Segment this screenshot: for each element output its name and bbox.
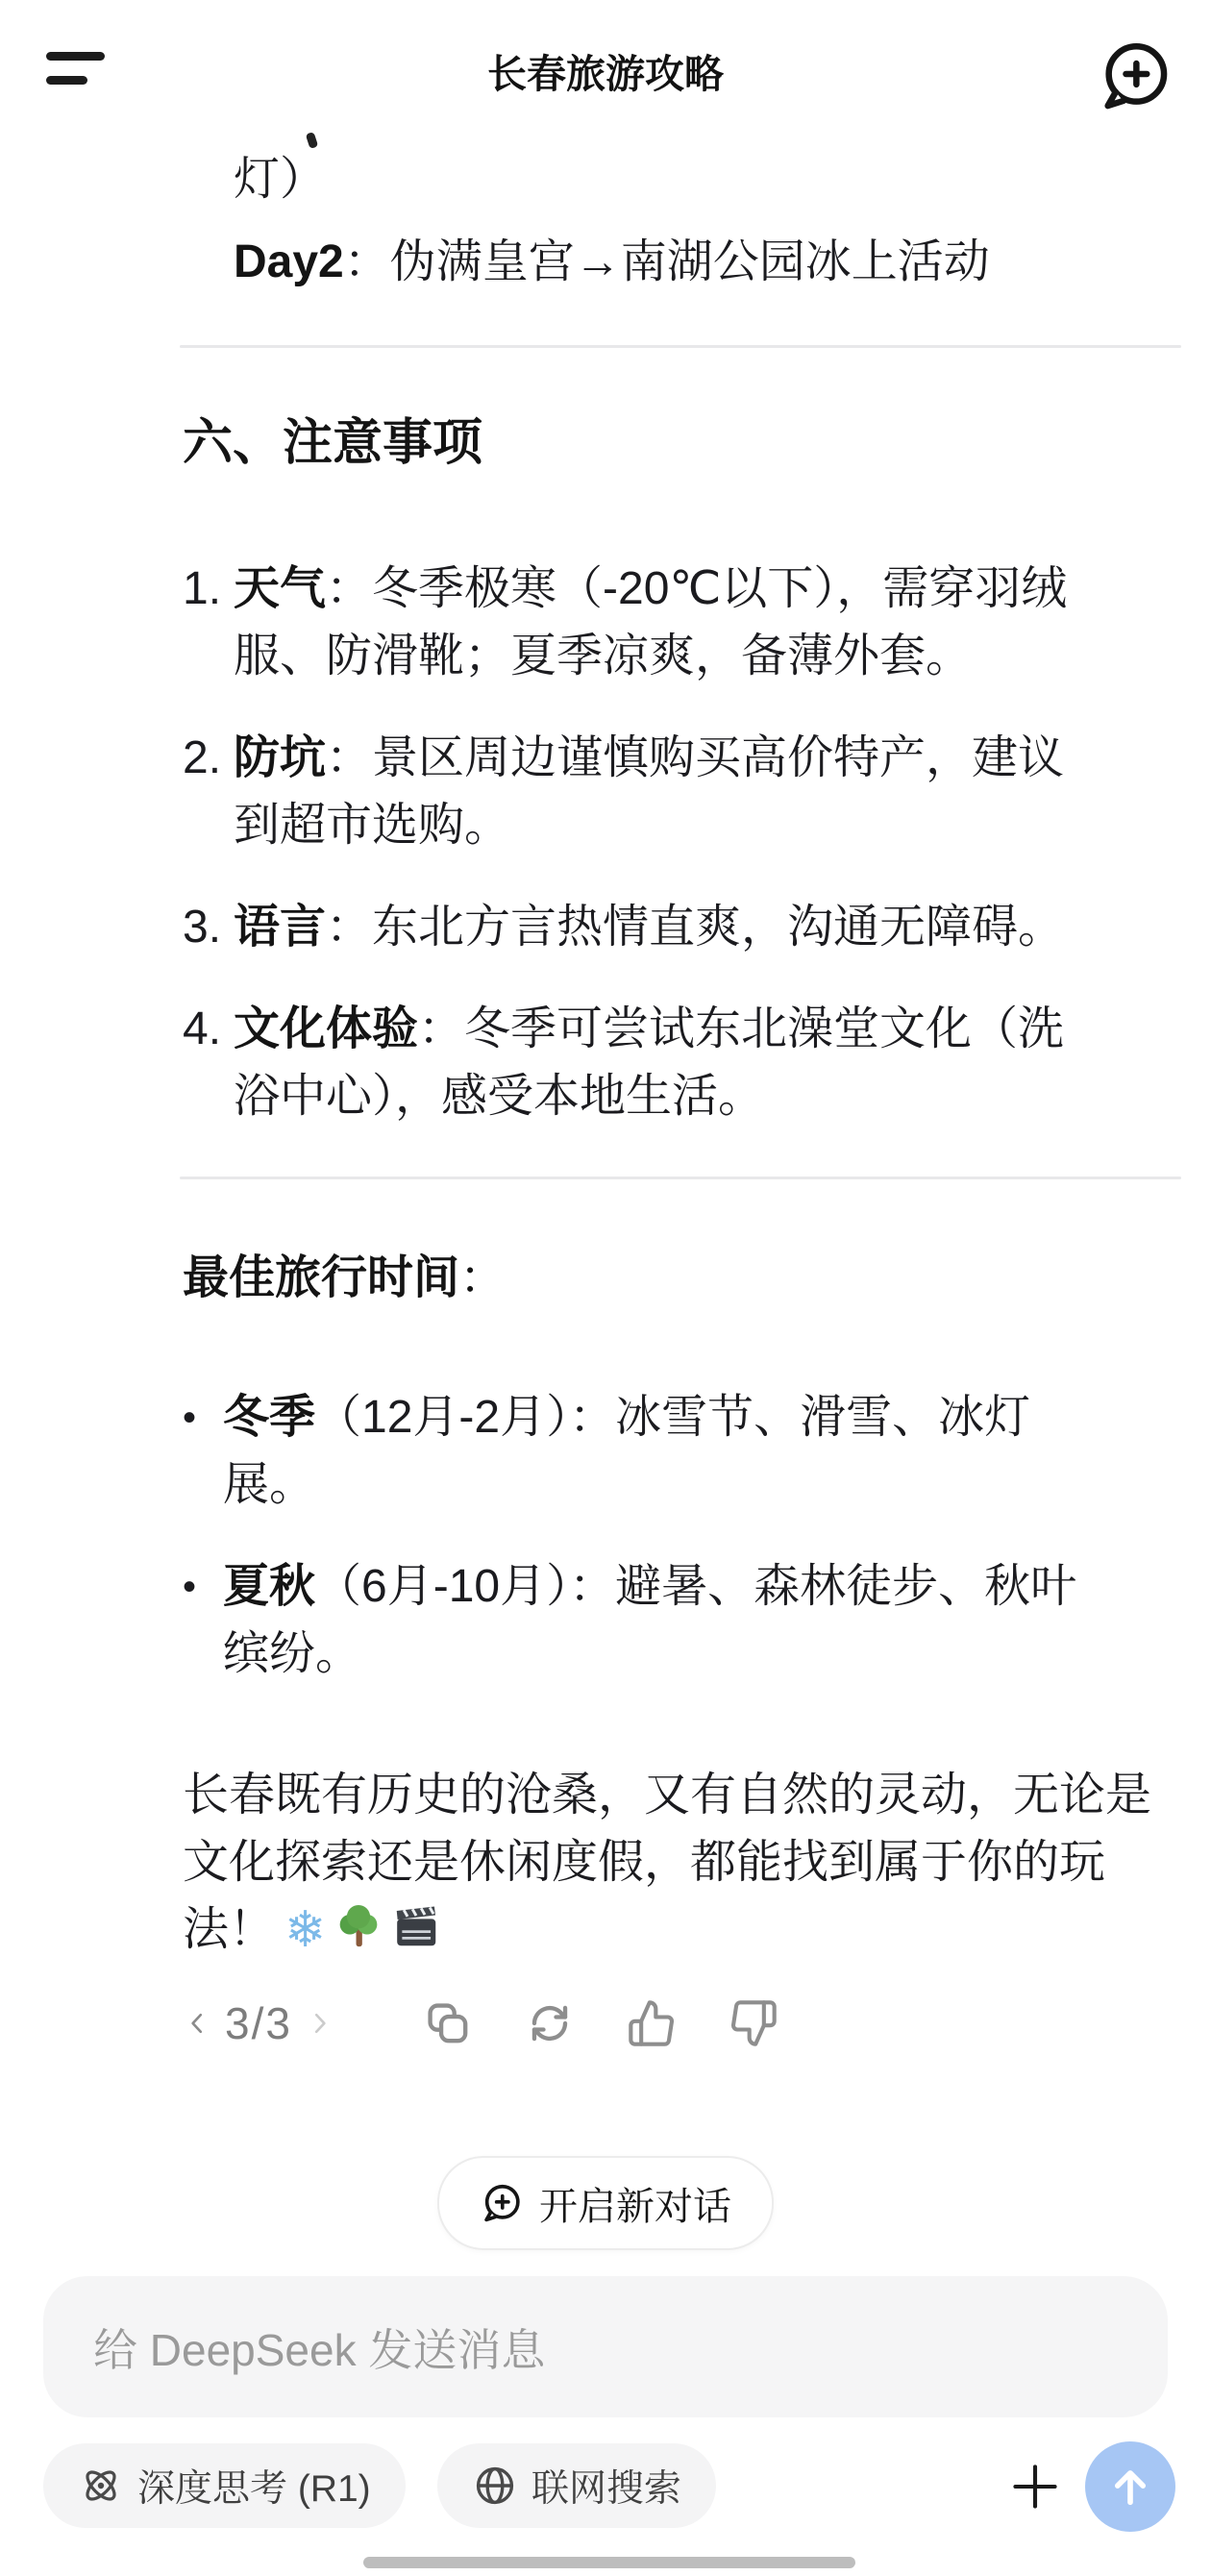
home-indicator[interactable] — [363, 2557, 855, 2568]
list-item: • 夏秋（6月-10月）：避暑、森林徒步、秋叶缤纷。 — [183, 1553, 1105, 1688]
send-button[interactable] — [1085, 2441, 1175, 2532]
list-item: 4. 文化体验：冬季可尝试东北澡堂文化（洗浴中心），感受本地生活。 — [183, 996, 1105, 1130]
snowflake-emoji: ❄ — [284, 1902, 327, 1958]
section-heading: 六、注意事项 — [183, 415, 482, 471]
deepseek-chat-screen: 长春旅游攻略 灯） Day2：伪满皇宫→南湖公园冰上活动 六、注意事项 1. 天… — [0, 0, 1211, 2576]
new-chat-button[interactable]: 开启新对话 — [437, 2156, 774, 2250]
clapperboard-emoji — [390, 1900, 442, 1952]
day2-label: Day2 — [234, 236, 344, 287]
list-item: 2. 防坑：景区周边谨慎购买高价特产，建议到超市选购。 — [183, 725, 1105, 859]
next-page-icon[interactable] — [306, 1999, 334, 2047]
thumbs-down-icon[interactable] — [729, 1998, 778, 2048]
plus-icon[interactable] — [1007, 2459, 1063, 2514]
section-divider — [180, 345, 1181, 348]
arrow-up-icon — [1105, 2462, 1155, 2512]
best-time-heading: 最佳旅行时间： — [183, 1245, 506, 1312]
thumbs-up-icon[interactable] — [627, 1998, 677, 2048]
globe-icon — [472, 2463, 518, 2509]
section-divider — [180, 1177, 1181, 1179]
message-actions: 3/3 — [183, 1996, 778, 2050]
tree-emoji — [333, 1900, 384, 1952]
bubble-plus-icon — [480, 2181, 524, 2225]
list-item: 1. 天气：冬季极寒（-20℃以下），需穿羽绒服、防滑靴；夏季凉爽，备薄外套。 — [183, 556, 1105, 690]
atom-icon — [78, 2463, 124, 2509]
closing-paragraph: 长春既有历史的沧桑，又有自然的灵动，无论是文化探索还是休闲度假，都能找到属于你的… — [183, 1762, 1153, 1964]
notes-list: 1. 天气：冬季极寒（-20℃以下），需穿羽绒服、防滑靴；夏季凉爽，备薄外套。 … — [183, 556, 1105, 1130]
new-chat-bubble-plus-icon[interactable] — [1096, 37, 1174, 115]
deepthink-toggle[interactable]: 深度思考 (R1) — [43, 2443, 406, 2528]
emoji-group: ❄ — [275, 1904, 442, 1955]
web-search-label: 联网搜索 — [531, 2459, 681, 2513]
list-item: 3. 语言：东北方言热情直爽，沟通无障碍。 — [183, 894, 1105, 961]
input-placeholder: 给 DeepSeek 发送消息 — [93, 2276, 545, 2417]
web-search-toggle[interactable]: 联网搜索 — [437, 2443, 716, 2528]
deepthink-label: 深度思考 (R1) — [137, 2459, 371, 2513]
cutoff-line: 灯） — [234, 146, 326, 213]
day2-line: Day2：伪满皇宫→南湖公园冰上活动 — [234, 229, 990, 296]
header: 长春旅游攻略 — [0, 0, 1211, 125]
day2-text: ：伪满皇宫→南湖公园冰上活动 — [344, 236, 990, 287]
list-item: • 冬季（12月-2月）：冰雪节、滑雪、冰灯展。 — [183, 1384, 1105, 1519]
seasons-list: • 冬季（12月-2月）：冰雪节、滑雪、冰灯展。 • 夏秋（6月-10月）：避暑… — [183, 1384, 1105, 1688]
refresh-icon[interactable] — [525, 1998, 575, 2048]
pagination-label: 3/3 — [225, 1997, 292, 2049]
copy-icon[interactable] — [423, 1998, 473, 2048]
page-title: 长春旅游攻略 — [0, 42, 1211, 99]
message-input[interactable]: 给 DeepSeek 发送消息 — [43, 2276, 1168, 2417]
new-chat-label: 开启新对话 — [539, 2176, 731, 2231]
prev-page-icon[interactable] — [183, 1999, 211, 2047]
